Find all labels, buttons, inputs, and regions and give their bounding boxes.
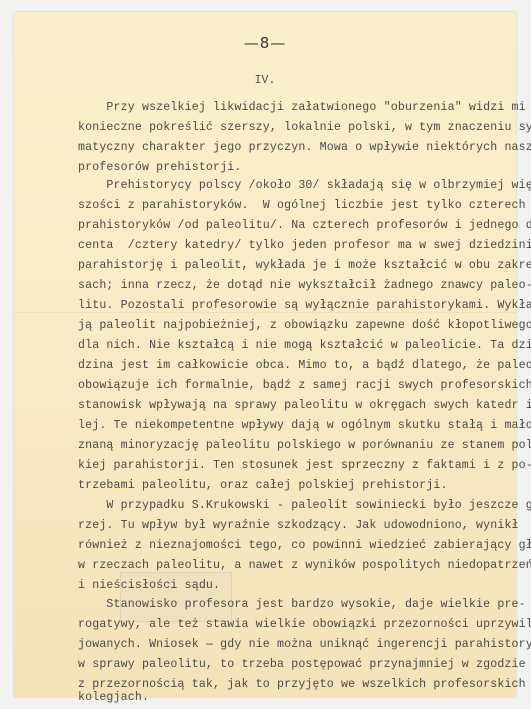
text-line: rogatywy, ale też stawia wielkie obowiąz… <box>78 618 531 632</box>
text-line: jowanych. Wniosek — gdy nie można unikną… <box>78 638 531 652</box>
text-line: dla nich. Nie kształcą i nie mogą kształ… <box>78 339 531 353</box>
text-line: lej. Te niekompetentne wpływy dają w ogó… <box>78 419 531 433</box>
text-line: z przezornością tak, jak to przyjęto we … <box>78 678 526 692</box>
text-line: litu. Pozostali profesorowie są wyłączni… <box>78 299 531 313</box>
text-line: sach; inna rzecz, że dotąd nie wykształc… <box>78 279 531 293</box>
text-line: trzebami paleolitu, oraz całej polskiej … <box>78 479 448 493</box>
text-line: również z nieznajomości tego, co powinni… <box>78 539 531 553</box>
text-line: W przypadku S.Krukowski - paleolit sowin… <box>78 499 531 513</box>
text-line: Przy wszelkiej likwidacji załatwionego "… <box>78 101 531 115</box>
page-number: —8— <box>14 34 516 52</box>
text-line: Stanowisko profesora jest bardzo wysokie… <box>78 598 526 612</box>
text-line: ją paleolit najpobieżniej, z obowiązku z… <box>78 319 531 333</box>
text-line: rzej. Tu wpływ był wyraźnie szkodzący. J… <box>78 519 519 533</box>
text-line: stanowisk wpływają na sprawy paleolitu w… <box>78 399 531 413</box>
text-line: kiej parahistorji. Ten stosunek jest spr… <box>78 459 531 473</box>
text-line: kolegjach. <box>78 691 149 705</box>
text-line: dzina jest im całkowicie obca. Mimo to, … <box>78 359 531 373</box>
text-line: szości z parahistoryków. W ogólnej liczb… <box>78 199 526 213</box>
text-line: profesorów prehistorji. <box>78 161 241 175</box>
text-line: prahistoryków /od paleolitu/. Na czterec… <box>78 219 531 233</box>
text-line: obowiązuje ich formalnie, bądź z samej r… <box>78 379 531 393</box>
text-line: w rzeczach paleolitu, a nawet z wyników … <box>78 559 531 573</box>
text-line: znaną minoryzację paleolitu polskiego w … <box>78 439 531 453</box>
text-line: Prehistorycy polscy /około 30/ składają … <box>78 179 531 193</box>
document-page: —8— IV. Przy wszelkiej likwidacji załatw… <box>14 12 516 697</box>
text-line: matyczny charakter jego przyczyn. Mowa o… <box>78 141 531 155</box>
text-line: parahistorję i paleolit, wykłada je i mo… <box>78 259 531 273</box>
text-line: i nieścisłości sądu. <box>78 579 220 593</box>
section-heading: IV. <box>14 74 516 87</box>
text-line: centa /cztery katedry/ tylko jeden profe… <box>78 239 531 253</box>
text-line: w sprawy paleolitu, to trzeba postępować… <box>78 658 526 672</box>
text-line: konieczne pokreślić szerszy, lokalnie po… <box>78 121 531 135</box>
